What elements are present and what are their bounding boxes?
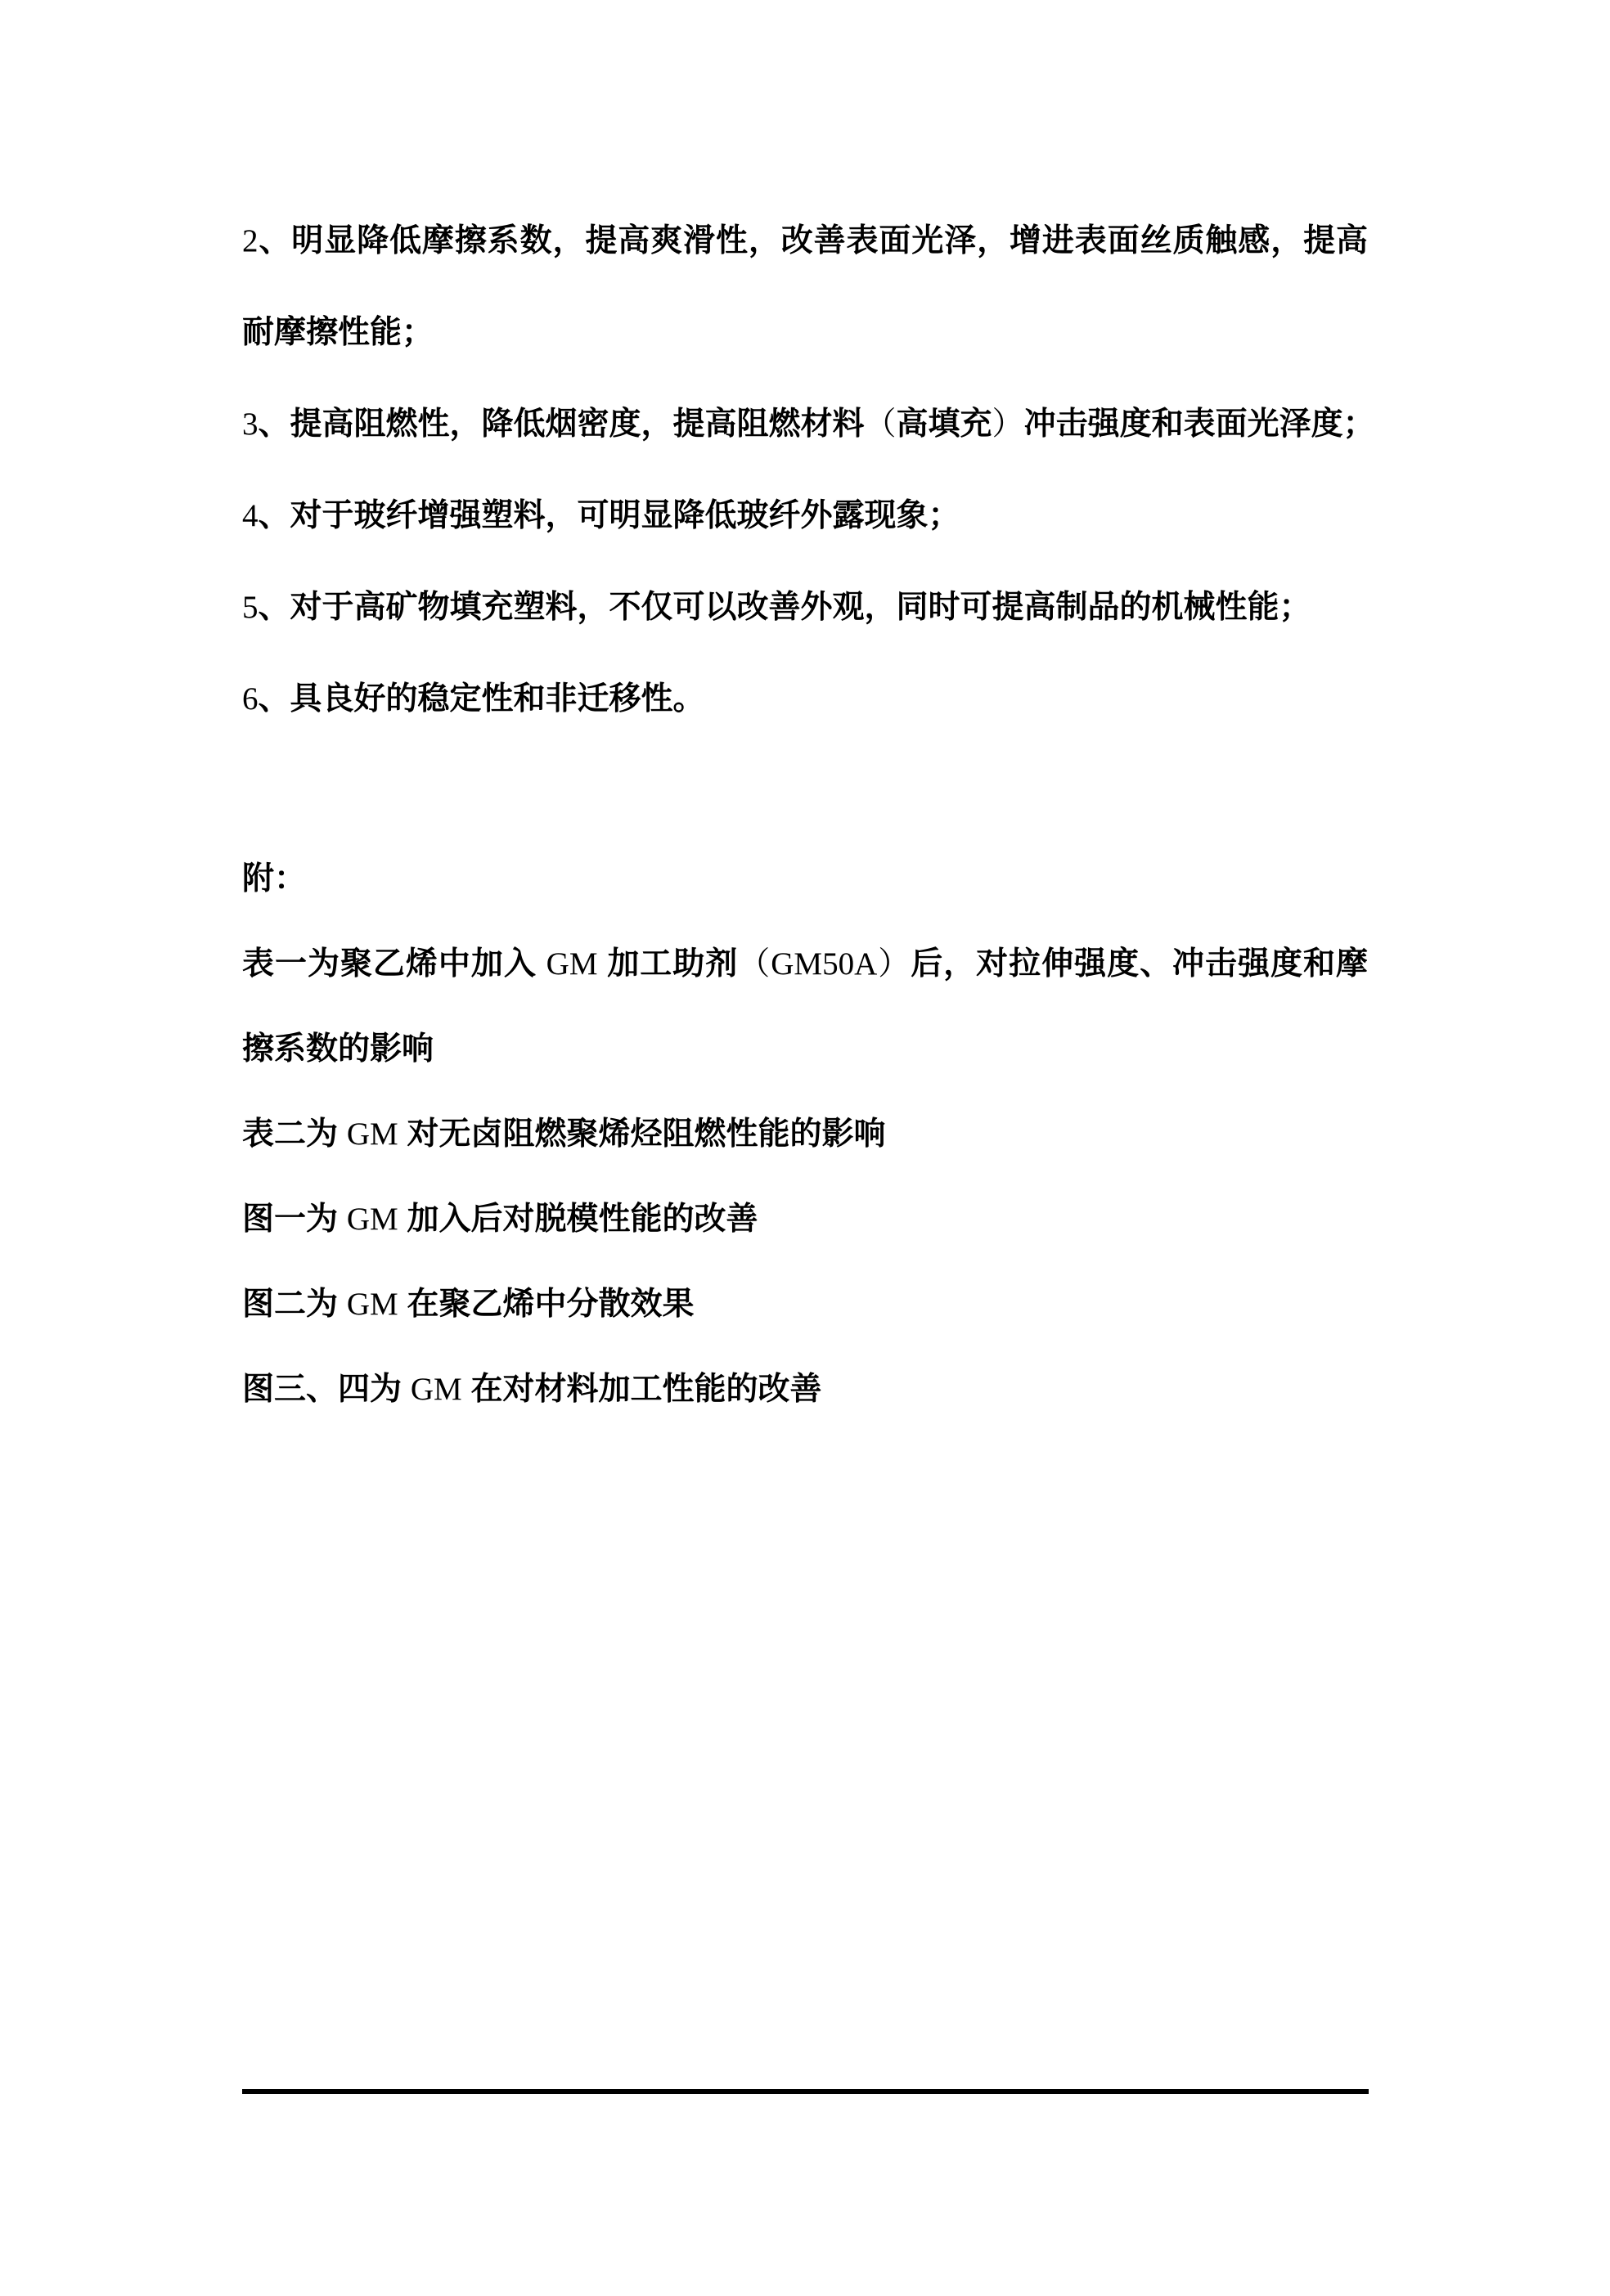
text-line: 表一为聚乙烯中加入 GM 加工助剂（GM50A）后，对拉伸强度、冲击强度和摩 [242, 922, 1368, 1007]
list-item-2: 2、明显降低摩擦系数，提高爽滑性，改善表面光泽，增进表面丝质触感，提高 耐摩擦性… [242, 195, 1368, 379]
document-page: 2、明显降低摩擦系数，提高爽滑性，改善表面光泽，增进表面丝质触感，提高 耐摩擦性… [0, 0, 1610, 2296]
text-line: 图一为 GM 加入后对脱模性能的改善 [242, 1177, 1368, 1262]
appendix-item-figure3-4: 图三、四为 GM 在对材料加工性能的改善 [242, 1347, 1368, 1432]
appendix-item-figure2: 图二为 GM 在聚乙烯中分散效果 [242, 1262, 1368, 1347]
list-item-6: 6、具良好的稳定性和非迁移性。 [242, 654, 1368, 745]
numbered-list: 2、明显降低摩擦系数，提高爽滑性，改善表面光泽，增进表面丝质触感，提高 耐摩擦性… [242, 195, 1368, 837]
text-line: 擦系数的影响 [242, 1007, 1368, 1092]
text-line: 4、对于玻纤增强塑料，可明显降低玻纤外露现象； [242, 470, 1368, 562]
page-content: 2、明显降低摩擦系数，提高爽滑性，改善表面光泽，增进表面丝质触感，提高 耐摩擦性… [242, 195, 1368, 1432]
appendix-item-table2: 表二为 GM 对无卤阻燃聚烯烃阻燃性能的影响 [242, 1092, 1368, 1177]
footer-divider-line [242, 2089, 1369, 2094]
text-line: 图二为 GM 在聚乙烯中分散效果 [242, 1262, 1368, 1347]
blank-line [242, 745, 1368, 837]
list-item-5: 5、对于高矿物填充塑料，不仅可以改善外观，同时可提高制品的机械性能； [242, 562, 1368, 654]
text-line: 3、提高阻燃性，降低烟密度，提高阻燃材料（高填充）冲击强度和表面光泽度； [242, 379, 1368, 470]
text-line: 表二为 GM 对无卤阻燃聚烯烃阻燃性能的影响 [242, 1092, 1368, 1177]
text-line: 耐摩擦性能； [242, 287, 1368, 379]
list-item-4: 4、对于玻纤增强塑料，可明显降低玻纤外露现象； [242, 470, 1368, 562]
list-item-3: 3、提高阻燃性，降低烟密度，提高阻燃材料（高填充）冲击强度和表面光泽度； [242, 379, 1368, 470]
appendix-item-figure1: 图一为 GM 加入后对脱模性能的改善 [242, 1177, 1368, 1262]
text-line: 6、具良好的稳定性和非迁移性。 [242, 654, 1368, 745]
appendix-section: 附： 表一为聚乙烯中加入 GM 加工助剂（GM50A）后，对拉伸强度、冲击强度和… [242, 837, 1368, 1432]
text-line: 图三、四为 GM 在对材料加工性能的改善 [242, 1347, 1368, 1432]
text-line: 5、对于高矿物填充塑料，不仅可以改善外观，同时可提高制品的机械性能； [242, 562, 1368, 654]
appendix-item-table1: 表一为聚乙烯中加入 GM 加工助剂（GM50A）后，对拉伸强度、冲击强度和摩 擦… [242, 922, 1368, 1092]
appendix-heading-text: 附： [242, 837, 1368, 922]
appendix-heading: 附： [242, 837, 1368, 922]
text-line: 2、明显降低摩擦系数，提高爽滑性，改善表面光泽，增进表面丝质触感，提高 [242, 195, 1368, 287]
